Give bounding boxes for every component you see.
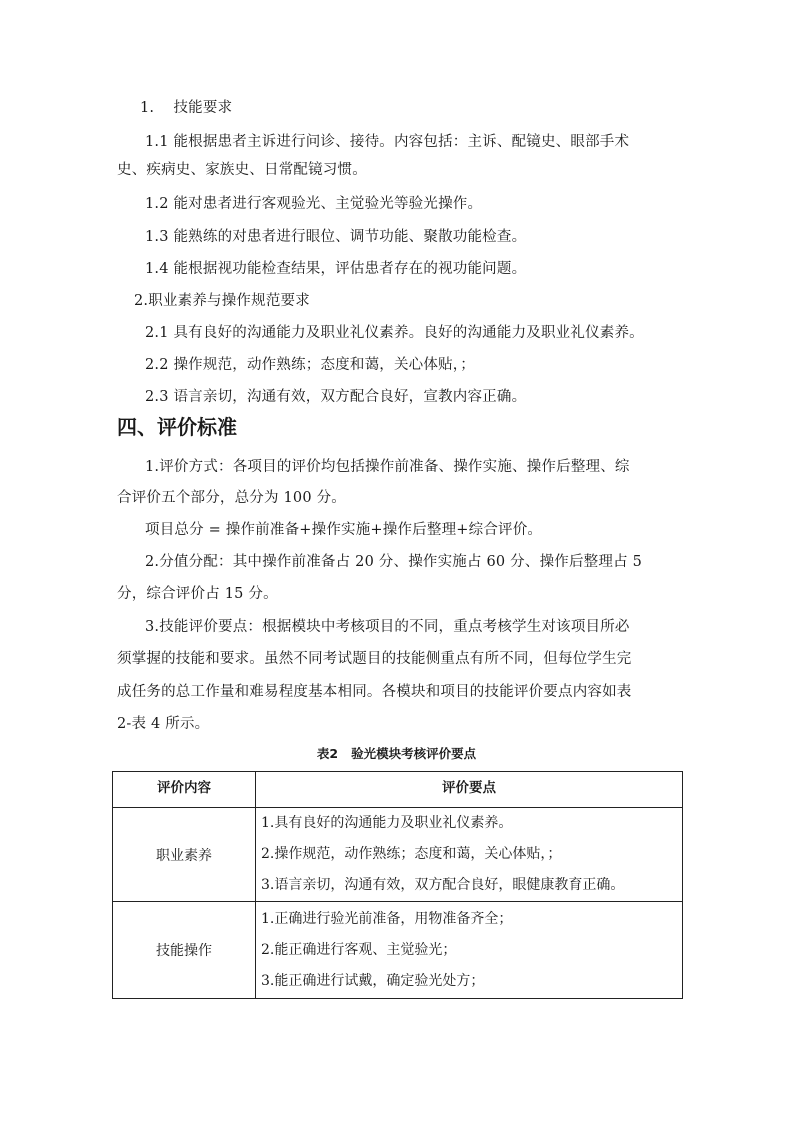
point-item: 1.正确进行验光前准备，用物准备齐全； <box>261 904 682 935</box>
header-eval-content: 评价内容 <box>113 772 256 808</box>
point-item: 1.具有良好的沟通能力及职业礼仪素养。 <box>261 808 682 839</box>
section-title: 四、评价标准 <box>117 414 237 440</box>
table-row: 职业素养 1.具有良好的沟通能力及职业礼仪素养。 2.操作规范，动作熟练；态度和… <box>113 808 683 902</box>
skill-points-para-cont-3: 2-表 4 所示。 <box>117 714 209 734</box>
point-item: 2.操作规范，动作熟练；态度和蔼，关心体贴，； <box>261 839 682 870</box>
score-allocation-para: 2.分值分配：其中操作前准备占 20 分、操作实施占 60 分、操作后整理占 5 <box>145 552 642 572</box>
row-points: 1.具有良好的沟通能力及职业礼仪素养。 2.操作规范，动作熟练；态度和蔼，关心体… <box>256 808 683 902</box>
skills-item-1-1-cont: 史、疾病史、家族史、日常配镜习惯。 <box>117 160 367 180</box>
skill-points-para-cont-1: 须掌握的技能和要求。虽然不同考试题目的技能侧重点有所不同，但每位学生完 <box>117 649 632 669</box>
professional-item-2-2: 2.2 操作规范，动作熟练；态度和蔼，关心体贴，； <box>145 355 475 375</box>
table-caption: 表2 验光模块考核评价要点 <box>0 745 793 763</box>
eval-method-para-cont: 合评价五个部分，总分为 100 分。 <box>117 488 346 508</box>
point-item: 3.能正确进行试戴，确定验光处方； <box>261 966 682 997</box>
skill-points-para: 3.技能评价要点：根据模块中考核项目的不同，重点考核学生对该项目所必 <box>145 617 630 637</box>
professional-heading: 2.职业素养与操作规范要求 <box>134 291 310 311</box>
skills-item-1-1: 1.1 能根据患者主诉进行问诊、接待。内容包括：主诉、配镜史、眼部手术 <box>145 132 629 152</box>
document-page: 1. 技能要求 1.1 能根据患者主诉进行问诊、接待。内容包括：主诉、配镜史、眼… <box>0 0 793 1122</box>
skills-item-1-3: 1.3 能熟练的对患者进行眼位、调节功能、聚散功能检查。 <box>145 227 526 247</box>
skills-item-1-4: 1.4 能根据视功能检查结果，评估患者存在的视功能问题。 <box>145 259 526 279</box>
table-row: 技能操作 1.正确进行验光前准备，用物准备齐全； 2.能正确进行客观、主觉验光；… <box>113 902 683 999</box>
skills-heading: 1. 技能要求 <box>140 98 232 118</box>
header-eval-points: 评价要点 <box>256 772 683 808</box>
point-item: 3.语言亲切，沟通有效，双方配合良好，眼健康教育正确。 <box>261 870 682 901</box>
professional-item-2-3: 2.3 语言亲切，沟通有效，双方配合良好，宣教内容正确。 <box>145 387 526 407</box>
row-points: 1.正确进行验光前准备，用物准备齐全； 2.能正确进行客观、主觉验光； 3.能正… <box>256 902 683 999</box>
score-allocation-para-cont: 分，综合评价占 15 分。 <box>117 584 278 604</box>
table-header-row: 评价内容 评价要点 <box>113 772 683 808</box>
row-category: 职业素养 <box>113 808 256 902</box>
point-item: 2.能正确进行客观、主觉验光； <box>261 935 682 966</box>
eval-method-para: 1.评价方式：各项目的评价均包括操作前准备、操作实施、操作后整理、综 <box>145 457 630 477</box>
professional-item-2-1: 2.1 具有良好的沟通能力及职业礼仪素养。良好的沟通能力及职业礼仪素养。 <box>145 323 644 343</box>
row-category: 技能操作 <box>113 902 256 999</box>
total-score-formula: 项目总分 = 操作前准备+操作实施+操作后整理+综合评价。 <box>145 520 542 540</box>
evaluation-table: 评价内容 评价要点 职业素养 1.具有良好的沟通能力及职业礼仪素养。 2.操作规… <box>112 771 683 999</box>
skills-item-1-2: 1.2 能对患者进行客观验光、主觉验光等验光操作。 <box>145 194 482 214</box>
skill-points-para-cont-2: 成任务的总工作量和难易程度基本相同。各模块和项目的技能评价要点内容如表 <box>117 682 632 702</box>
